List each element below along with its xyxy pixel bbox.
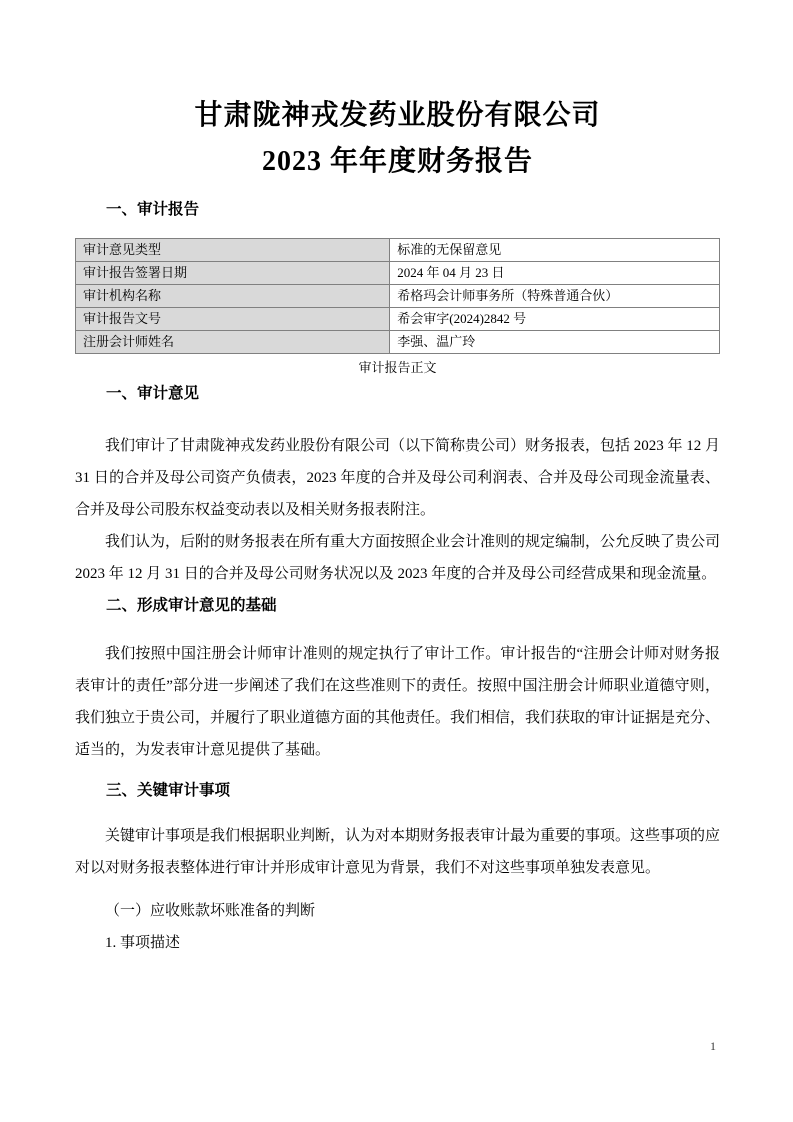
table-cell-label: 注册会计师姓名 [76,331,390,354]
table-cell-label: 审计机构名称 [76,285,390,308]
audit-summary-table: 审计意见类型 标准的无保留意见 审计报告签署日期 2024 年 04 月 23 … [75,238,720,354]
table-cell-label: 审计意见类型 [76,239,390,262]
table-row: 审计机构名称 希格玛会计师事务所（特殊普通合伙） [76,285,720,308]
page-number: 1 [710,1038,716,1054]
paragraph-opinion-2: 我们认为，后附的财务报表在所有重大方面按照企业会计准则的规定编制，公允反映了贵公… [75,526,720,590]
table-cell-value: 希格玛会计师事务所（特殊普通合伙） [390,285,720,308]
table-cell-value: 李强、温广玲 [390,331,720,354]
table-row: 审计报告文号 希会审字(2024)2842 号 [76,308,720,331]
table-caption: 审计报告正文 [75,358,720,378]
table-cell-value: 标准的无保留意见 [390,239,720,262]
table-cell-value: 2024 年 04 月 23 日 [390,262,720,285]
table-cell-label: 审计报告签署日期 [76,262,390,285]
section-heading-opinion: 一、审计意见 [75,378,720,410]
subsection-heading-bad-debt: （一）应收账款坏账准备的判断 [75,895,720,927]
table-row: 审计意见类型 标准的无保留意见 [76,239,720,262]
table-row: 注册会计师姓名 李强、温广玲 [76,331,720,354]
subsection-heading-item-description: 1. 事项描述 [75,927,720,959]
paragraph-key-matters: 关键审计事项是我们根据职业判断，认为对本期财务报表审计最为重要的事项。这些事项的… [75,820,720,884]
document-page: 甘肃陇神戎发药业股份有限公司 2023 年年度财务报告 一、审计报告 审计意见类… [0,0,793,1122]
table-cell-label: 审计报告文号 [76,308,390,331]
section-heading-key-matters: 三、关键审计事项 [75,775,720,807]
table-cell-value: 希会审字(2024)2842 号 [390,308,720,331]
paragraph-basis: 我们按照中国注册会计师审计准则的规定执行了审计工作。审计报告的“注册会计师对财务… [75,638,720,766]
document-title: 甘肃陇神戎发药业股份有限公司 2023 年年度财务报告 [75,93,720,185]
document-title-line2: 2023 年年度财务报告 [75,139,720,185]
section-heading-audit-report: 一、审计报告 [75,194,720,226]
document-title-line1: 甘肃陇神戎发药业股份有限公司 [75,93,720,139]
section-heading-basis: 二、形成审计意见的基础 [75,590,720,622]
paragraph-opinion-1: 我们审计了甘肃陇神戎发药业股份有限公司（以下简称贵公司）财务报表，包括 2023… [75,430,720,526]
table-row: 审计报告签署日期 2024 年 04 月 23 日 [76,262,720,285]
